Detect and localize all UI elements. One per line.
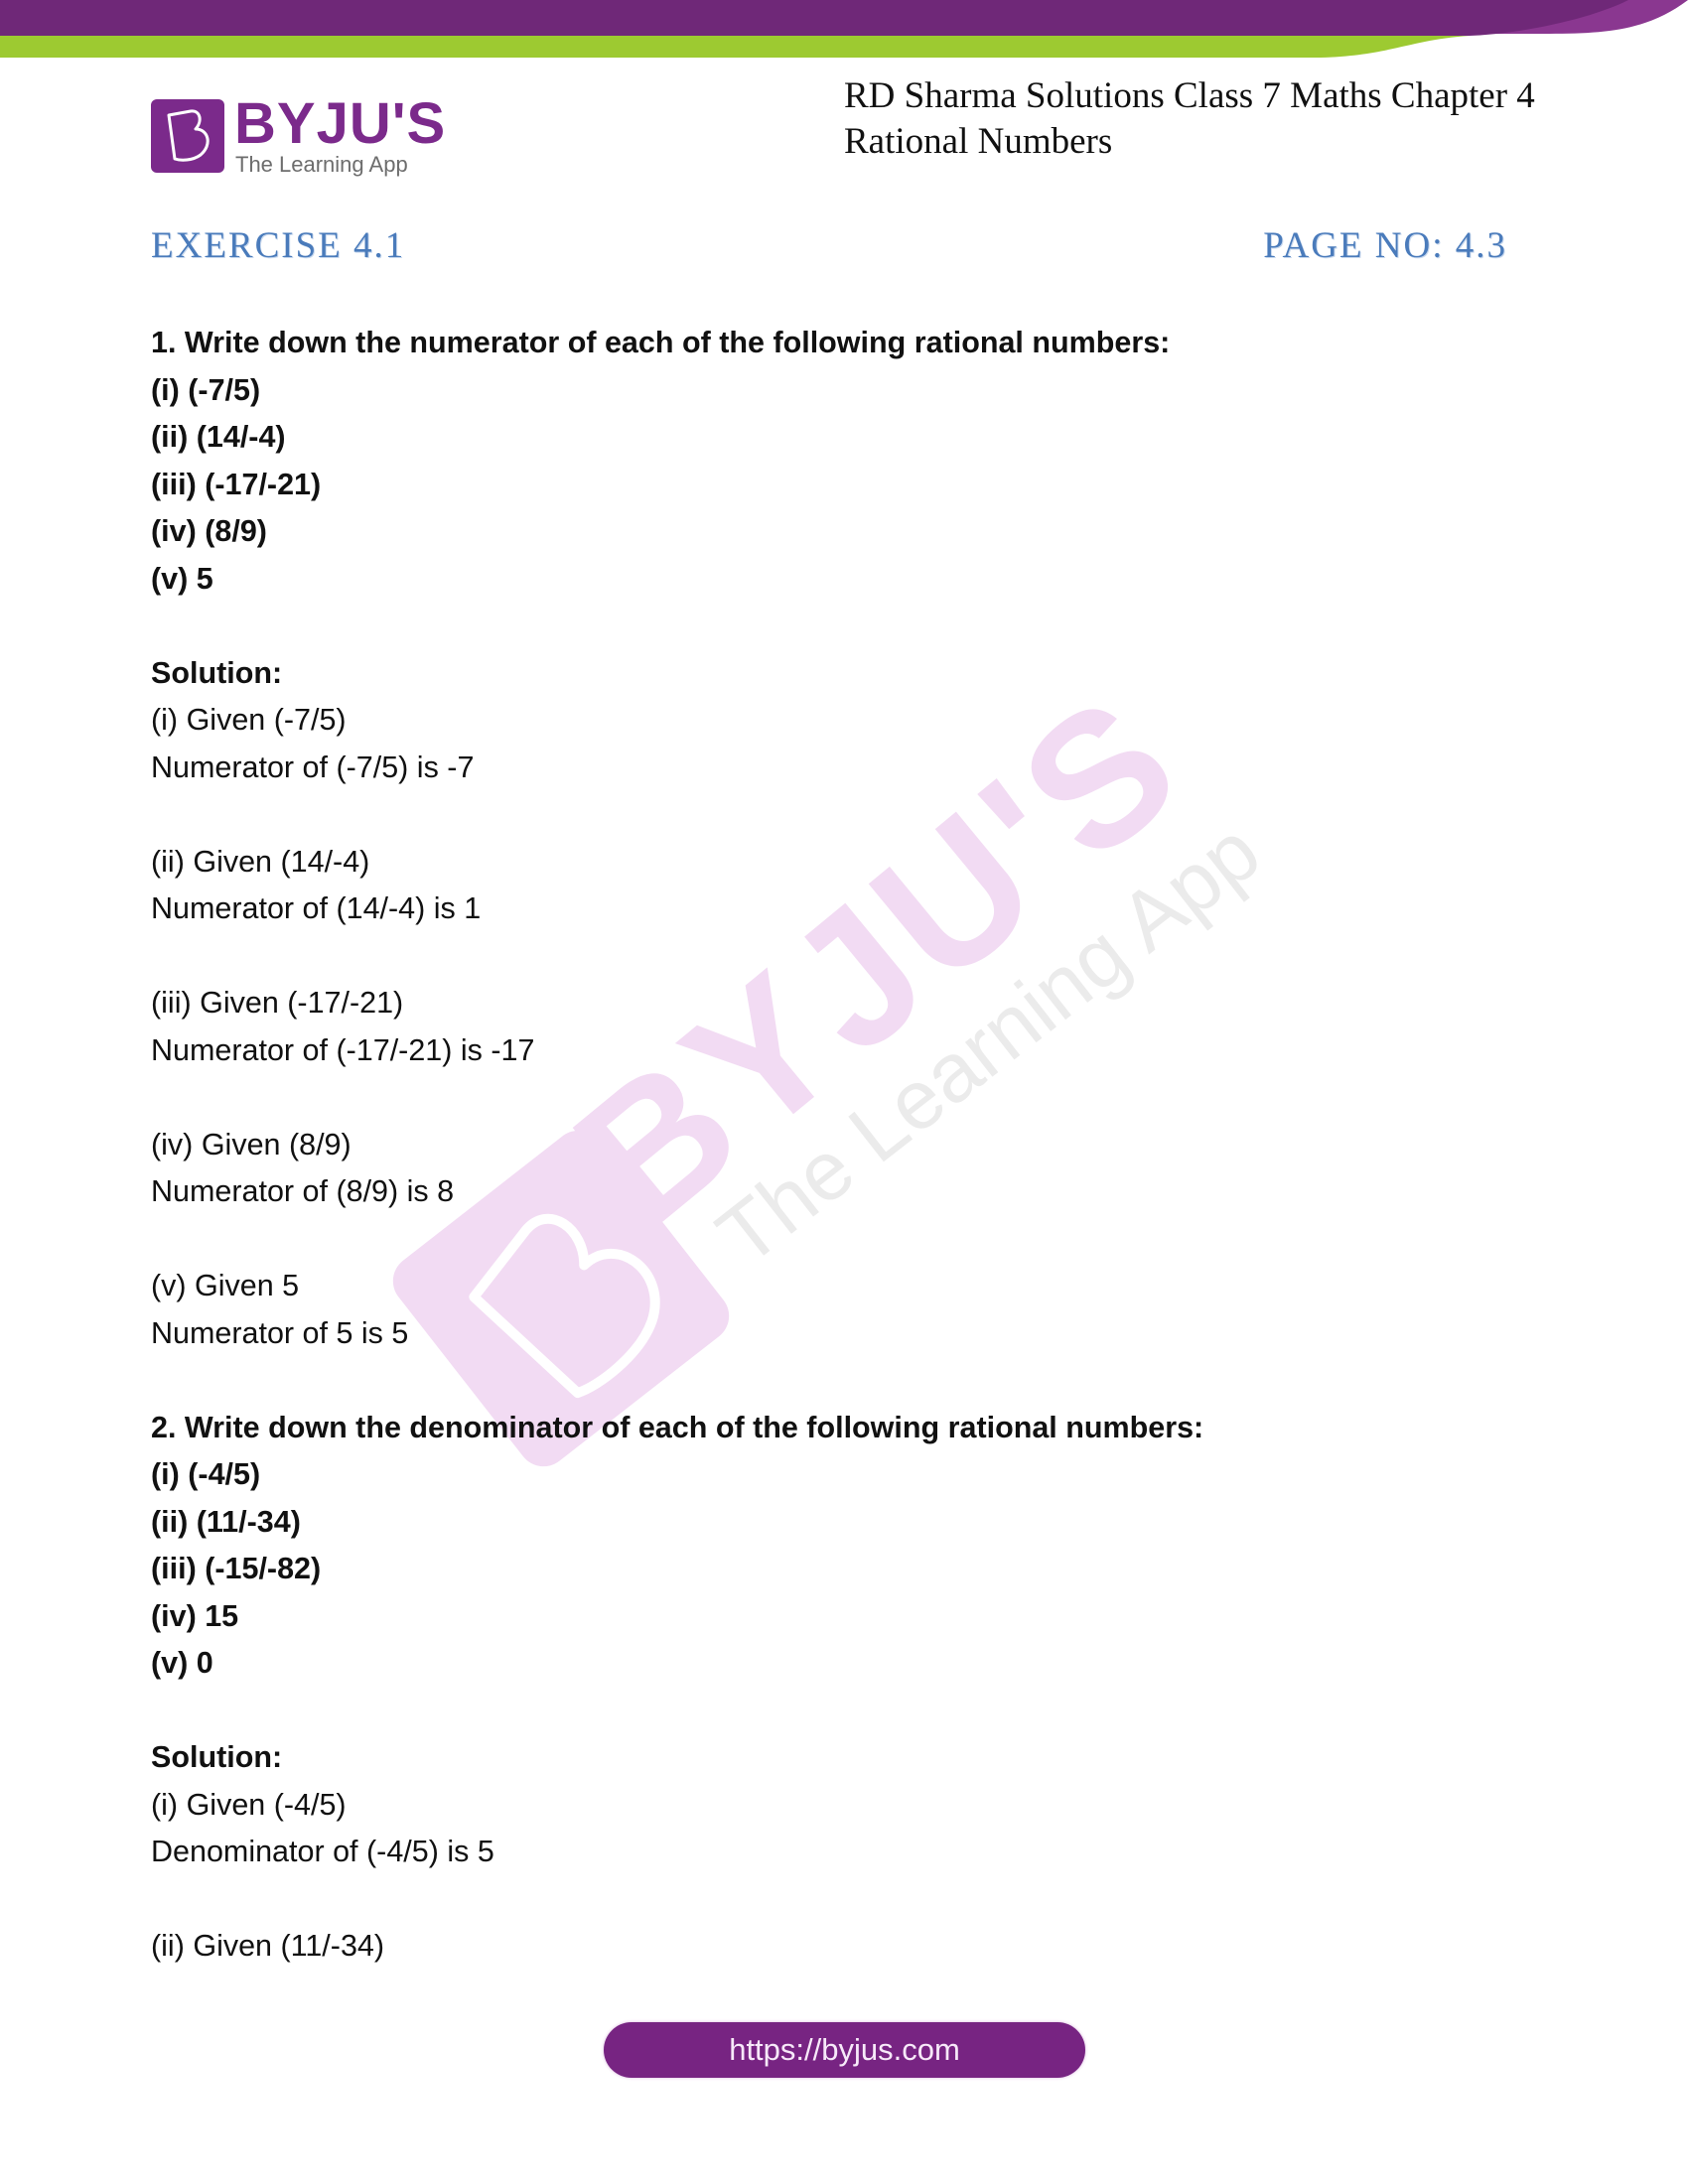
blank-line [151,1357,1591,1405]
solution-line: (iii) Given (-17/-21) [151,980,1591,1027]
solution-line: (i) Given (-4/5) [151,1782,1591,1830]
solution-line: (ii) Given (11/-34) [151,1923,1591,1971]
solution-line: (v) Given 5 [151,1263,1591,1310]
blank-line [151,1876,1591,1924]
blank-line [151,603,1591,650]
byjus-logo: BYJU'S The Learning App [151,99,439,179]
blank-line [151,933,1591,981]
solution-line: (ii) Given (14/-4) [151,839,1591,887]
question-line: Solution: [151,650,1591,698]
brand-name: BYJU'S [234,95,446,153]
question-line: (v) 5 [151,556,1591,604]
question-line: (iii) (-17/-21) [151,462,1591,509]
question-line: (i) (-7/5) [151,367,1591,415]
blank-line [151,791,1591,839]
solution-line: Numerator of 5 is 5 [151,1310,1591,1358]
question-line: (ii) (11/-34) [151,1499,1591,1547]
question-line: 1. Write down the numerator of each of t… [151,320,1591,367]
document-body: 1. Write down the numerator of each of t… [151,320,1591,1971]
solution-line: (i) Given (-7/5) [151,697,1591,745]
blank-line [151,1074,1591,1122]
solution-line: Denominator of (-4/5) is 5 [151,1829,1591,1876]
question-line: (i) (-4/5) [151,1451,1591,1499]
blank-line [151,1688,1591,1735]
document-title-line-1: RD Sharma Solutions Class 7 Maths Chapte… [844,73,1658,119]
document-title: RD Sharma Solutions Class 7 Maths Chapte… [844,73,1658,165]
question-line: Solution: [151,1734,1591,1782]
question-line: 2. Write down the denominator of each of… [151,1405,1591,1452]
solution-line: Numerator of (8/9) is 8 [151,1168,1591,1216]
document-title-line-2: Rational Numbers [844,119,1658,165]
solution-line: Numerator of (-7/5) is -7 [151,745,1591,792]
solution-line: (iv) Given (8/9) [151,1122,1591,1169]
exercise-label: EXERCISE 4.1 [151,224,405,268]
question-line: (iv) (8/9) [151,508,1591,556]
blank-line [151,1216,1591,1264]
question-line: (ii) (14/-4) [151,414,1591,462]
header-banner [0,0,1688,60]
byjus-b-logo-icon [151,99,224,173]
question-line: (v) 0 [151,1640,1591,1688]
solution-line: Numerator of (-17/-21) is -17 [151,1027,1591,1075]
question-line: (iii) (-15/-82) [151,1546,1591,1593]
brand-tagline: The Learning App [235,154,408,176]
question-line: (iv) 15 [151,1593,1591,1641]
footer-url-link[interactable]: https://byjus.com [604,2022,1085,2078]
solution-line: Numerator of (14/-4) is 1 [151,886,1591,933]
page-number-label: PAGE NO: 4.3 [1263,224,1507,268]
